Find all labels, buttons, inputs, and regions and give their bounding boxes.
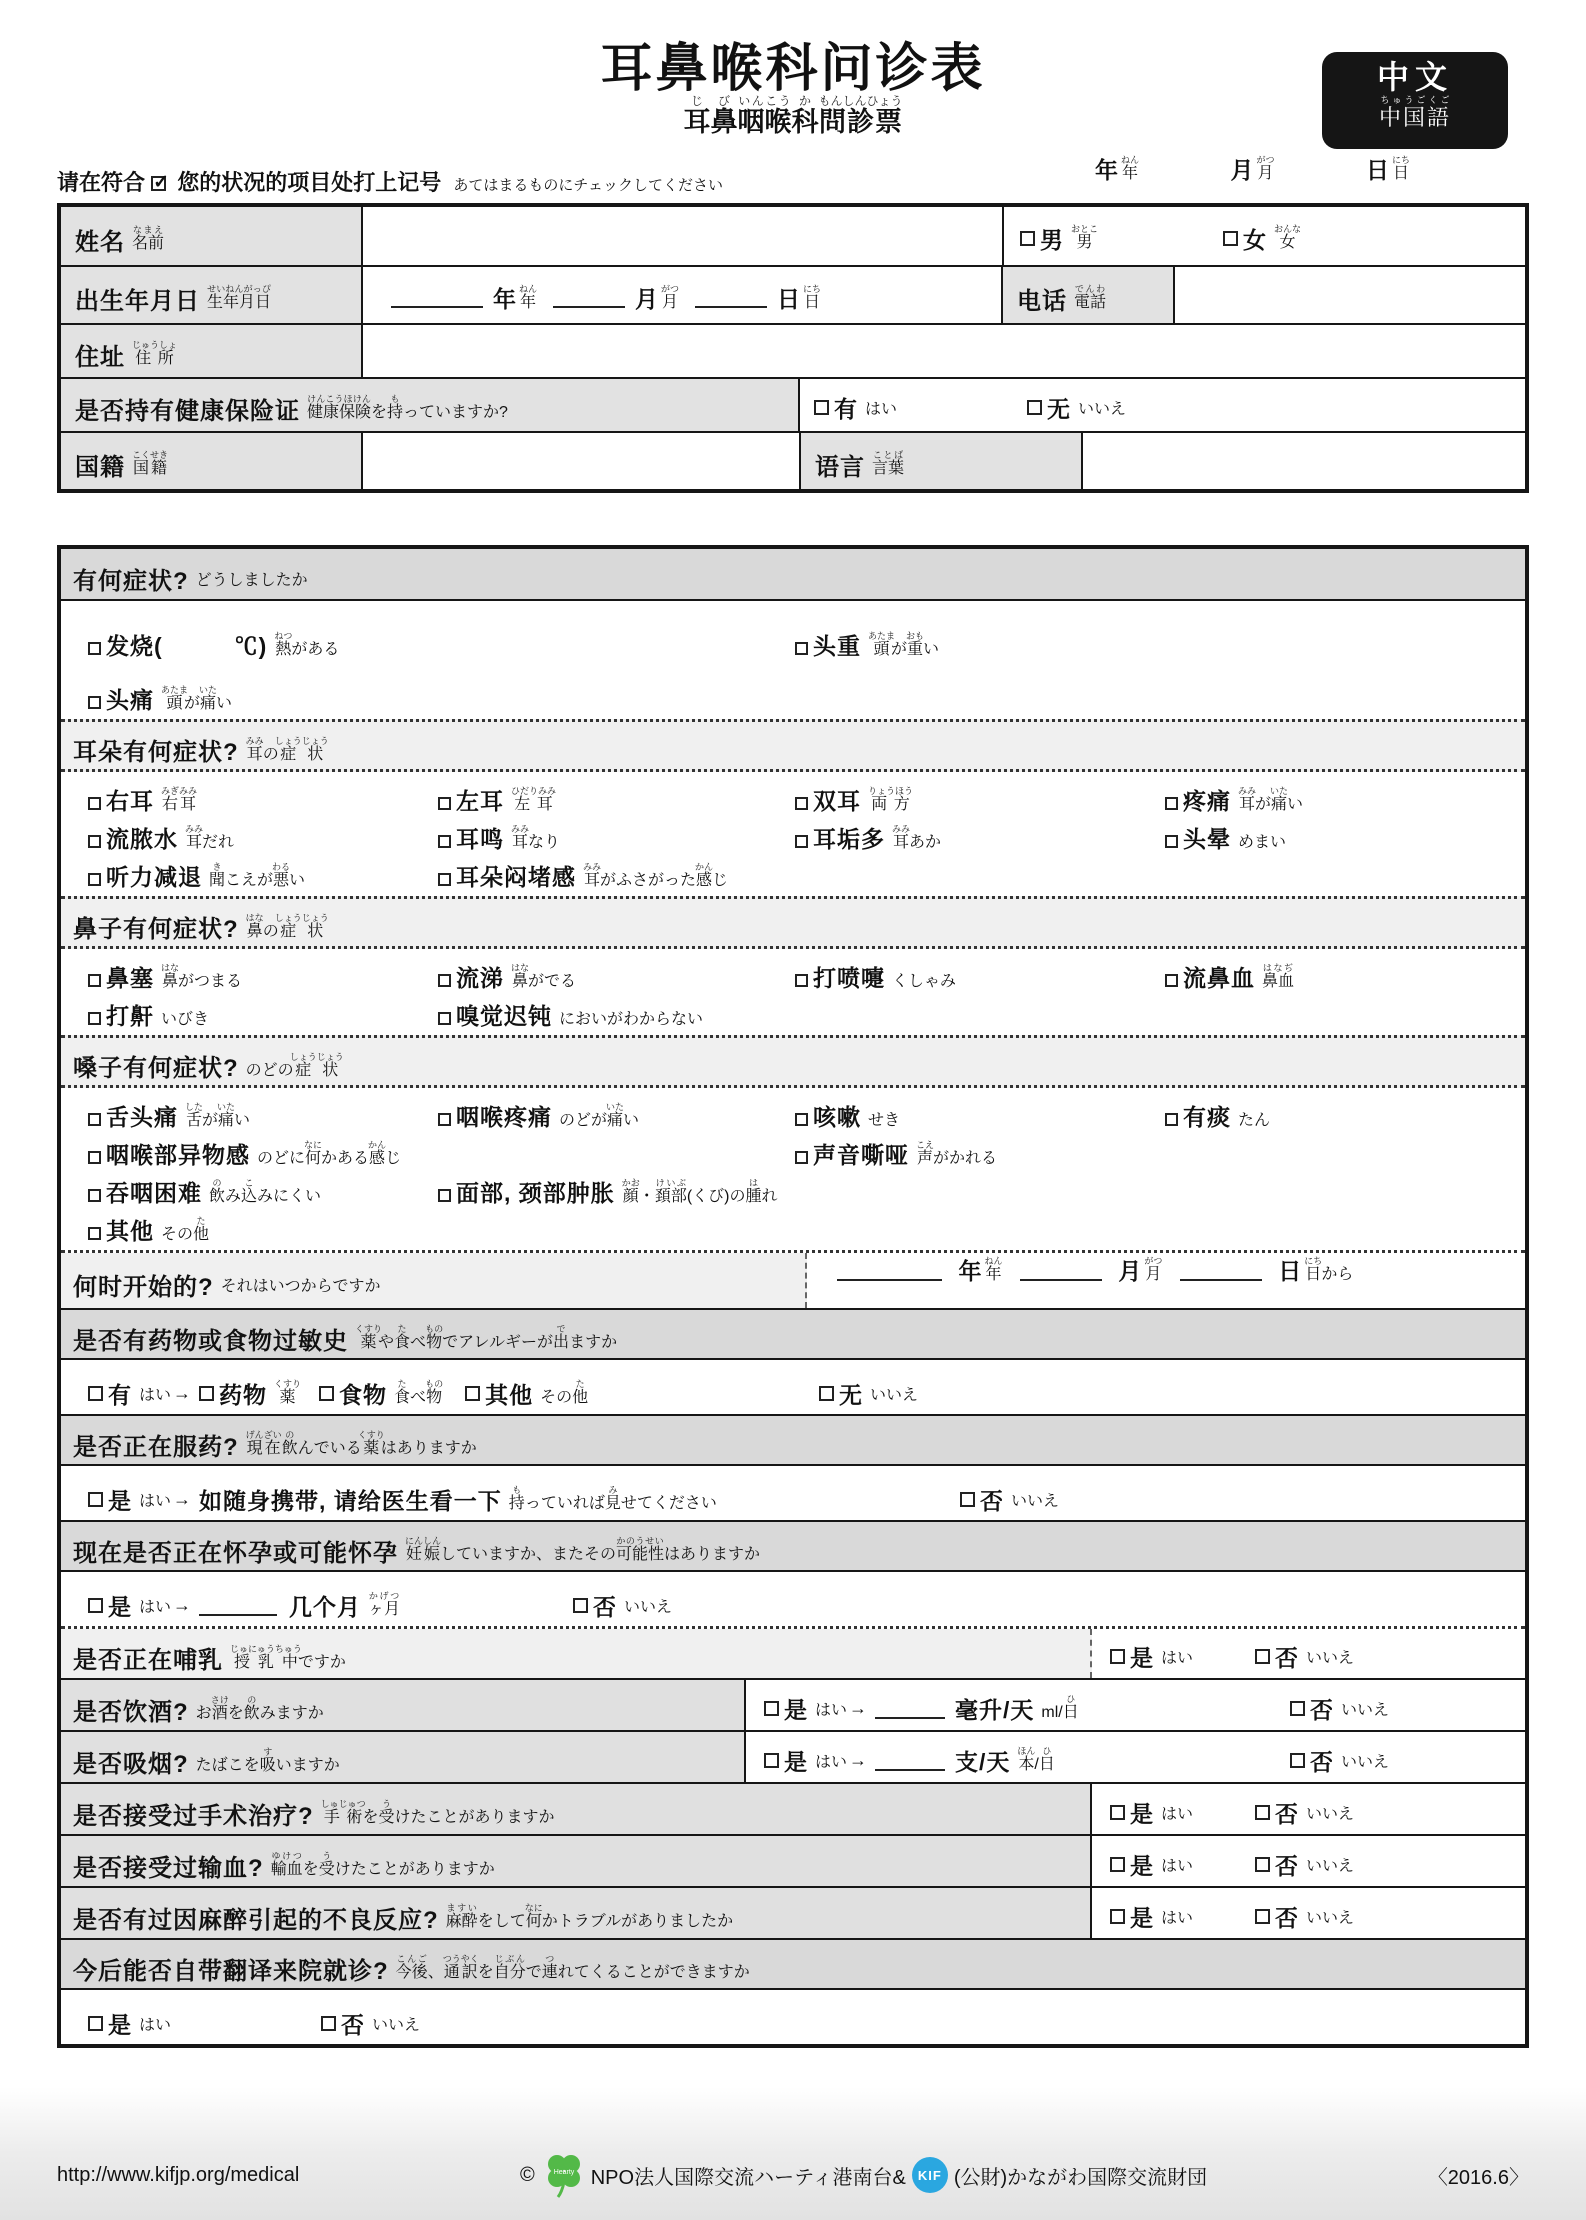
symptom-option[interactable]: 舌头痛舌したが痛いたい <box>88 1099 250 1132</box>
section-header-pregnancy: 现在是否正在怀孕或可能怀孕 妊娠にんしんしていますか、またその可能性かのうせいは… <box>61 1520 1525 1572</box>
anesthesia-no-checkbox[interactable] <box>1255 1909 1270 1924</box>
symptom-label-japanese: めまい <box>1238 834 1286 851</box>
breastfeeding-row: 是否正在哺乳 授乳中じゅにゅうちゅうですか 是はい 否いいえ <box>61 1626 1525 1678</box>
checkbox-row: 发烧( ℃)熱ねつがある头重頭あたまが重おもい <box>61 609 1525 663</box>
checkbox-row: 咽喉部异物感のどに何なにかある感かんじ声音嘶哑声こえがかれる <box>61 1134 1525 1172</box>
name-label: 姓名名前なまえ <box>61 207 363 265</box>
footer-credits: © Hearty NPO法人国際交流ハーティ港南台& KIF (公財)かながわ国… <box>520 2152 1207 2198</box>
surgery-answer: 是はい 否いいえ <box>1092 1784 1525 1834</box>
symptom-option[interactable]: 右耳右耳みぎみみ <box>88 783 197 816</box>
birthdate-fields: 年年ねん 月月がつ 日日にち <box>363 267 1001 323</box>
transfusion-no-option[interactable]: 否いいえ <box>1255 1848 1354 1881</box>
section-header-medication: 是否正在服药? 現在げんざい飲のんでいる薬くすりはありますか <box>61 1414 1525 1466</box>
allergy-other-option[interactable]: 其他その他た <box>465 1377 588 1410</box>
section-header-nose: 鼻子有何症状? 鼻はなの症状しょうじょう <box>61 896 1525 949</box>
breastfeeding-answer: 是はい 否いいえ <box>1092 1629 1525 1678</box>
pregnancy-no-checkbox[interactable] <box>573 1598 588 1613</box>
checkbox[interactable] <box>88 1012 101 1025</box>
language-badge: 中文 中国語ちゅうごくご <box>1322 52 1508 149</box>
onset-month-blank[interactable] <box>1020 1259 1102 1281</box>
medication-yes-checkbox[interactable] <box>88 1492 103 1507</box>
breastfeeding-yes-option[interactable]: 是はい <box>1110 1640 1193 1673</box>
symptom-option[interactable]: 流脓水耳みみだれ <box>88 821 234 854</box>
symptom-option[interactable]: 打鼾いびき <box>88 998 209 1031</box>
checkbox[interactable] <box>88 1113 101 1126</box>
language-input-area[interactable] <box>1083 433 1525 489</box>
symptom-label-japanese: 耳みみが痛いたい <box>1238 796 1303 813</box>
checkbox[interactable] <box>1165 974 1178 987</box>
symptom-label-chinese: 头重 <box>813 633 861 659</box>
checkbox[interactable] <box>88 974 101 987</box>
checkbox-row: 舌头痛舌したが痛いたい咽喉疼痛のどが痛いたい咳嗽せき有痰たん <box>61 1096 1525 1134</box>
address-row: 住址住所じゅうしょ <box>61 323 1525 377</box>
symptom-label-chinese: 咽喉部异物感 <box>106 1142 250 1168</box>
checkbox[interactable] <box>1165 797 1178 810</box>
gender-cell: 男男おとこ 女女おんな <box>1002 207 1525 265</box>
arrow-right-icon: → <box>173 1489 191 1510</box>
symptom-option[interactable]: 吞咽困难飲のみ込こみにくい <box>88 1175 321 1208</box>
checkbox[interactable] <box>438 835 451 848</box>
breastfeeding-no-option[interactable]: 否いいえ <box>1255 1640 1354 1673</box>
address-label: 住址住所じゅうしょ <box>61 325 363 377</box>
symptom-label-japanese: たん <box>1238 1112 1270 1129</box>
allergy-yes-option[interactable]: 有はい <box>88 1377 171 1410</box>
checkbox[interactable] <box>438 974 451 987</box>
birth-year-unit: 年年ねん <box>493 281 537 314</box>
symptom-label-japanese: 飲のみ込こみにくい <box>209 1188 321 1205</box>
smoking-yes-option[interactable]: 是はい <box>764 1744 847 1777</box>
nationality-label: 国籍国籍こくせき <box>61 433 363 489</box>
symptom-label-japanese: 舌したが痛いたい <box>185 1112 250 1129</box>
insurance-yes-option[interactable]: 有はい <box>814 391 897 424</box>
symptom-label-japanese: いびき <box>161 1011 209 1028</box>
checkbox[interactable] <box>438 1189 451 1202</box>
pregnancy-months-japanese: ヶ月かげつ <box>368 1591 400 1619</box>
transfusion-answer: 是はい 否いいえ <box>1092 1836 1525 1886</box>
symptom-option[interactable]: 听力减退聞きこえが悪わるい <box>88 859 305 892</box>
surgery-label: 是否接受过手术治疗? 手術しゅじゅつを受うけたことがありますか <box>61 1784 1092 1834</box>
alcohol-row: 是否饮酒? お酒さけを飲のみますか 是はい → 毫升/天 ml/日ひ 否いいえ <box>61 1678 1525 1730</box>
alcohol-yes-option[interactable]: 是はい <box>764 1692 847 1725</box>
checkbox[interactable] <box>1165 835 1178 848</box>
symptom-label-japanese: 顔かお・頚部けいぶ(くび)の腫はれ <box>622 1188 778 1205</box>
arrow-right-icon: → <box>173 1383 191 1404</box>
symptom-label-chinese: 听力减退 <box>106 864 202 890</box>
symptom-label-japanese: のどが痛いたい <box>559 1112 639 1129</box>
allergy-other-checkbox[interactable] <box>465 1386 480 1401</box>
symptom-option[interactable]: 头重頭あたまが重おもい <box>795 628 939 661</box>
checkbox[interactable] <box>1165 1113 1178 1126</box>
checkbox[interactable] <box>88 1151 101 1164</box>
checkbox-row: 听力减退聞きこえが悪わるい耳朵闷堵感耳みみがふさがった感かんじ <box>61 856 1525 894</box>
symptom-label-japanese: 耳みみなり <box>511 834 560 851</box>
symptom-label-japanese: 両方りょうほう <box>868 796 913 813</box>
checkbox[interactable] <box>795 642 808 655</box>
instruction-text-left: 请在符合 <box>57 170 145 195</box>
surgery-no-checkbox[interactable] <box>1255 1805 1270 1820</box>
checkbox[interactable] <box>438 1113 451 1126</box>
male-option[interactable]: 男男おとこ <box>1020 222 1098 255</box>
section-header-interpreter: 今后能否自带翻译来院就诊? 今後こんご、通訳つうやくを自分じぶんで連つれてくるこ… <box>61 1938 1525 1990</box>
section-header-throat: 嗓子有何症状? のどの症状しょうじょう <box>61 1035 1525 1088</box>
birthdate-row: 出生年月日生年月日せいねんがっぴ 年年ねん 月月がつ 日日にち 电话電話でんわ <box>61 265 1525 323</box>
footer-url: http://www.kifjp.org/medical <box>57 2164 299 2187</box>
symptom-label-chinese: 打喷嚏 <box>813 965 885 991</box>
onset-year-blank[interactable] <box>837 1259 942 1281</box>
symptom-option[interactable]: 疼痛耳みみが痛いたい <box>1165 783 1303 816</box>
name-row: 姓名名前なまえ 男男おとこ 女女おんな <box>61 207 1525 265</box>
onset-date-fields: 年年ねん 月月がつ 日日にちから <box>807 1253 1353 1308</box>
surgery-yes-checkbox[interactable] <box>1110 1805 1125 1820</box>
language-label: 语言言葉ことば <box>799 433 1083 489</box>
copyright-symbol: © <box>520 2164 535 2187</box>
footer-org1: NPO法人国際交流ハーティ港南台& <box>591 2161 906 2190</box>
questionnaire-page: 耳鼻喉科问诊表 耳じ鼻び咽喉いんこう科か問診票もんしんひょう 中文 中国語ちゅう… <box>0 0 1586 2220</box>
allergy-answer-row: 有はい → 药物薬くすり 食物食たべ物もの 其他その他た 无いいえ <box>61 1360 1525 1414</box>
breastfeeding-label: 是否正在哺乳 授乳中じゅにゅうちゅうですか <box>61 1629 1092 1678</box>
personal-info-table: 姓名名前なまえ 男男おとこ 女女おんな 出生年月日生年月日せいねんがっぴ 年年ね… <box>57 203 1529 493</box>
symptom-label-japanese: 右耳みぎみみ <box>161 796 197 813</box>
allergy-no-option[interactable]: 无いいえ <box>819 1377 918 1410</box>
allergy-food-option[interactable]: 食物食たべ物もの <box>319 1377 443 1410</box>
symptom-option[interactable]: 发烧( ℃)熱ねつがある <box>88 628 339 661</box>
pregnancy-answer-row: 是はい → 几个月 ヶ月かげつ 否いいえ <box>61 1572 1525 1626</box>
symptom-label-chinese: 咽喉疼痛 <box>456 1104 552 1130</box>
checkbox-row: 打鼾いびき嗅觉迟钝においがわからない <box>61 995 1525 1033</box>
smoking-unit-chinese: 支/天 <box>955 1744 1010 1777</box>
symptom-label-japanese: 熱ねつがある <box>274 641 339 658</box>
interpreter-no-checkbox[interactable] <box>321 2016 336 2031</box>
interpreter-no-option[interactable]: 否いいえ <box>321 2007 420 2040</box>
insurance-row: 是否持有健康保险证健康保険けんこうほけんを持もっていますか? 有はい 无いいえ <box>61 377 1525 431</box>
section-header-symptoms: 有何症状? どうしましたか <box>61 549 1525 601</box>
checkbox-row: 吞咽困难飲のみ込こみにくい面部, 颈部肿胀顔かお・頚部けいぶ(くび)の腫はれ <box>61 1172 1525 1210</box>
male-checkbox[interactable] <box>1020 231 1035 246</box>
anesthesia-yes-checkbox[interactable] <box>1110 1909 1125 1924</box>
visit-date-fields: 年年ねん 月月がつ 日日にち <box>1095 152 1535 185</box>
checkbox[interactable] <box>88 642 101 655</box>
symptom-option[interactable]: 咳嗽せき <box>795 1099 900 1132</box>
onset-label: 何时开始的? それはいつからですか <box>61 1253 807 1308</box>
nationality-row: 国籍国籍こくせき 语言言葉ことば <box>61 431 1525 489</box>
symptom-label-chinese: 咳嗽 <box>813 1104 861 1130</box>
birth-month-blank[interactable] <box>553 286 625 308</box>
symptom-option[interactable]: 有痰たん <box>1165 1099 1270 1132</box>
smoking-no-checkbox[interactable] <box>1290 1753 1305 1768</box>
symptom-label-chinese: 发烧( ℃) <box>106 633 267 659</box>
insurance-label: 是否持有健康保险证健康保険けんこうほけんを持もっていますか? <box>61 379 800 431</box>
symptom-option[interactable]: 左耳左耳ひだりみみ <box>438 783 556 816</box>
medication-note-chinese: 如随身携带, 请给医生看一下 <box>199 1483 502 1516</box>
checked-checkbox-icon: ✓ <box>151 176 166 191</box>
anesthesia-label: 是否有过因麻醉引起的不良反应? 麻酔ますいをして何なにかトラブルがありましたか <box>61 1888 1092 1938</box>
smoking-row: 是否吸烟? たばこを吸すいますか 是はい → 支/天 本ほん/日ひ 否いいえ <box>61 1730 1525 1782</box>
checkbox[interactable] <box>795 1113 808 1126</box>
instruction-text-japanese: あてはまるものにチェックしてください <box>453 177 723 194</box>
footer-version: 〈2016.6〉 <box>1428 2161 1529 2190</box>
page-footer: http://www.kifjp.org/medical © Hearty NP… <box>0 2152 1586 2198</box>
language-badge-chinese: 中文 <box>1322 60 1508 95</box>
alcohol-unit-japanese: ml/日ひ <box>1041 1694 1078 1722</box>
symptom-label-japanese: その他た <box>161 1226 209 1243</box>
symptom-label-japanese: 鼻はながつまる <box>161 973 242 990</box>
onset-day-unit: 日日にちから <box>1278 1266 1353 1283</box>
transfusion-label: 是否接受过输血? 輸血ゆけつを受うけたことがありますか <box>61 1836 1092 1886</box>
section-header-allergy: 是否有药物或食物过敏史 薬くすりや食たべ物ものでアレルギーが出でますか <box>61 1308 1525 1360</box>
kif-logo-icon: KIF <box>912 2157 948 2193</box>
symptom-option[interactable]: 咽喉疼痛のどが痛いたい <box>438 1099 639 1132</box>
pregnancy-yes-checkbox[interactable] <box>88 1598 103 1613</box>
transfusion-no-checkbox[interactable] <box>1255 1857 1270 1872</box>
checkbox-row: 头痛頭あたまが痛いたい <box>61 663 1525 717</box>
medication-yes-option[interactable]: 是はい <box>88 1483 171 1516</box>
symptom-label-chinese: 舌头痛 <box>106 1104 178 1130</box>
symptom-option[interactable]: 双耳両方りょうほう <box>795 783 913 816</box>
alcohol-label: 是否饮酒? お酒さけを飲のみますか <box>61 1680 746 1730</box>
transfusion-yes-checkbox[interactable] <box>1110 1857 1125 1872</box>
symptom-label-japanese: 左耳ひだりみみ <box>511 796 556 813</box>
symptom-option[interactable]: 面部, 颈部肿胀顔かお・頚部けいぶ(くび)の腫はれ <box>438 1175 778 1208</box>
symptom-option[interactable]: 耳朵闷堵感耳みみがふさがった感かんじ <box>438 859 728 892</box>
allergy-drug-option[interactable]: 药物薬くすり <box>199 1377 301 1410</box>
symptom-label-japanese: 鼻血はなぢ <box>1262 973 1294 990</box>
symptom-label-chinese: 流鼻血 <box>1183 965 1255 991</box>
checkbox-row: 鼻塞鼻はながつまる流涕鼻はながでる打喷嚏くしゃみ流鼻血鼻血はなぢ <box>61 957 1525 995</box>
checkbox[interactable] <box>88 1189 101 1202</box>
symptom-label-japanese: のどに何なにかある感かんじ <box>257 1150 401 1167</box>
symptom-option[interactable]: 流鼻血鼻血はなぢ <box>1165 960 1294 993</box>
smoking-yes-checkbox[interactable] <box>764 1753 779 1768</box>
date-day-unit[interactable]: 日日にち <box>1366 165 1410 182</box>
symptom-label-japanese: 声こえがかれる <box>916 1150 997 1167</box>
allergy-yes-checkbox[interactable] <box>88 1386 103 1401</box>
symptom-label-japanese: 耳みみあか <box>892 834 941 851</box>
female-checkbox[interactable] <box>1223 231 1238 246</box>
interpreter-answer-row: 是はい 否いいえ <box>61 1990 1525 2044</box>
symptom-option[interactable]: 耳垢多耳みみあか <box>795 821 941 854</box>
symptom-option[interactable]: 其他その他た <box>88 1213 209 1246</box>
arrow-right-icon: → <box>173 1595 191 1616</box>
birth-month-unit: 月月がつ <box>635 281 679 314</box>
checkbox-row: 右耳右耳みぎみみ左耳左耳ひだりみみ双耳両方りょうほう疼痛耳みみが痛いたい <box>61 780 1525 818</box>
symptom-label-chinese: 头痛 <box>106 687 154 713</box>
alcohol-unit-chinese: 毫升/天 <box>955 1692 1034 1725</box>
smoking-answer: 是はい → 支/天 本ほん/日ひ 否いいえ <box>746 1732 1525 1782</box>
transfusion-yes-option[interactable]: 是はい <box>1110 1848 1193 1881</box>
symptom-label-chinese: 面部, 颈部肿胀 <box>456 1180 615 1206</box>
symptom-label-chinese: 耳朵闷堵感 <box>456 864 576 890</box>
anesthesia-yes-option[interactable]: 是はい <box>1110 1900 1193 1933</box>
date-year-unit[interactable]: 年年ねん <box>1095 165 1138 182</box>
anesthesia-row: 是否有过因麻醉引起的不良反应? 麻酔ますいをして何なにかトラブルがありましたか … <box>61 1886 1525 1938</box>
medication-note-japanese: 持もっていれば見みせてください <box>509 1485 717 1513</box>
symptom-label-chinese: 流涕 <box>456 965 504 991</box>
symptom-label-chinese: 耳垢多 <box>813 826 885 852</box>
checkbox[interactable] <box>88 797 101 810</box>
symptom-label-japanese: 鼻はながでる <box>511 973 576 990</box>
date-month-unit[interactable]: 月月がつ <box>1230 165 1273 182</box>
interpreter-yes-checkbox[interactable] <box>88 2016 103 2031</box>
surgery-no-option[interactable]: 否いいえ <box>1255 1796 1354 1829</box>
onset-month-unit: 月月がつ <box>1118 1266 1161 1283</box>
onset-row: 何时开始的? それはいつからですか 年年ねん 月月がつ 日日にちから <box>61 1250 1525 1308</box>
smoking-unit-japanese: 本ほん/日ひ <box>1017 1746 1054 1774</box>
medication-no-checkbox[interactable] <box>960 1492 975 1507</box>
language-badge-japanese: 中国語ちゅうごくご <box>1322 95 1508 132</box>
address-input-area[interactable] <box>363 325 1525 377</box>
checkbox[interactable] <box>795 797 808 810</box>
symptom-option[interactable]: 声音嘶哑声こえがかれる <box>795 1137 997 1170</box>
instruction-line: 请在符合 ✓ 您的状况的项目处打上记号 あてはまるものにチェックしてください <box>57 166 723 197</box>
checkbox-row: 流脓水耳みみだれ耳鸣耳みみなり耳垢多耳みみあか头晕めまい <box>61 818 1525 856</box>
symptom-label-chinese: 疼痛 <box>1183 788 1231 814</box>
phone-input-area[interactable] <box>1175 267 1525 323</box>
pregnancy-no-option[interactable]: 否いいえ <box>573 1589 672 1622</box>
allergy-no-checkbox[interactable] <box>819 1386 834 1401</box>
symptom-option[interactable]: 打喷嚏くしゃみ <box>795 960 956 993</box>
symptom-label-chinese: 声音嘶哑 <box>813 1142 909 1168</box>
symptom-option[interactable]: 咽喉部异物感のどに何なにかある感かんじ <box>88 1137 401 1170</box>
insurance-no-option[interactable]: 无いいえ <box>1027 391 1126 424</box>
medication-answer-row: 是はい → 如随身携带, 请给医生看一下 持もっていれば見みせてください 否いい… <box>61 1466 1525 1520</box>
insurance-yes-checkbox[interactable] <box>814 400 829 415</box>
insurance-answer-cell: 有はい 无いいえ <box>800 379 1525 431</box>
allergy-food-checkbox[interactable] <box>319 1386 334 1401</box>
symptoms-table: 有何症状? どうしましたか 发烧( ℃)熱ねつがある头重頭あたまが重おもい头痛頭… <box>57 545 1529 2048</box>
symptom-label-chinese: 耳鸣 <box>456 826 504 852</box>
onset-day-blank[interactable] <box>1180 1259 1262 1281</box>
checkbox[interactable] <box>88 1227 101 1240</box>
checkbox[interactable] <box>88 835 101 848</box>
interpreter-yes-option[interactable]: 是はい <box>88 2007 171 2040</box>
instruction-text-right: 您的状况的项目处打上记号 <box>177 170 441 195</box>
symptom-label-japanese: においがわからない <box>559 1011 703 1028</box>
checkbox[interactable] <box>795 974 808 987</box>
arrow-right-icon: → <box>849 1750 867 1771</box>
footer-org2: (公財)かながわ国際交流財団 <box>954 2161 1207 2190</box>
medication-no-option[interactable]: 否いいえ <box>960 1483 1059 1516</box>
birth-day-unit: 日日にち <box>777 281 821 314</box>
alcohol-answer: 是はい → 毫升/天 ml/日ひ 否いいえ <box>746 1680 1525 1730</box>
checkbox[interactable] <box>438 797 451 810</box>
symptom-option[interactable]: 流涕鼻はながでる <box>438 960 576 993</box>
symptom-label-chinese: 有痰 <box>1183 1104 1231 1130</box>
checkbox[interactable] <box>795 835 808 848</box>
breastfeeding-no-checkbox[interactable] <box>1255 1649 1270 1664</box>
symptom-label-chinese: 左耳 <box>456 788 504 814</box>
section-header-ear: 耳朵有何症状? 耳みみの症状しょうじょう <box>61 719 1525 772</box>
symptom-option[interactable]: 头晕めまい <box>1165 821 1286 854</box>
symptom-option[interactable]: 头痛頭あたまが痛いたい <box>88 682 232 715</box>
checkbox[interactable] <box>438 873 451 886</box>
symptom-option[interactable]: 耳鸣耳みみなり <box>438 821 560 854</box>
anesthesia-no-option[interactable]: 否いいえ <box>1255 1900 1354 1933</box>
symptom-label-chinese: 鼻塞 <box>106 965 154 991</box>
nose-symptoms-grid: 鼻塞鼻はながつまる流涕鼻はながでる打喷嚏くしゃみ流鼻血鼻血はなぢ打鼾いびき嗅觉迟… <box>61 949 1525 1035</box>
onset-year-unit: 年年ねん <box>958 1266 1001 1283</box>
breastfeeding-yes-checkbox[interactable] <box>1110 1649 1125 1664</box>
surgery-row: 是否接受过手术治疗? 手術しゅじゅつを受うけたことがありますか 是はい 否いいえ <box>61 1782 1525 1834</box>
symptom-label-chinese: 打鼾 <box>106 1003 154 1029</box>
symptom-label-japanese: 耳みみがふさがった感かんじ <box>583 872 728 889</box>
female-option[interactable]: 女女おんな <box>1223 222 1301 255</box>
allergy-drug-checkbox[interactable] <box>199 1386 214 1401</box>
birth-day-blank[interactable] <box>695 286 767 308</box>
symptom-label-japanese: せき <box>868 1112 900 1129</box>
symptom-label-chinese: 头晕 <box>1183 826 1231 852</box>
symptom-label-chinese: 双耳 <box>813 788 861 814</box>
pregnancy-months-chinese: 几个月 <box>289 1589 361 1622</box>
checkbox[interactable] <box>795 1151 808 1164</box>
throat-symptoms-grid: 舌头痛舌したが痛いたい咽喉疼痛のどが痛いたい咳嗽せき有痰たん咽喉部异物感のどに何… <box>61 1088 1525 1250</box>
symptom-label-japanese: 耳みみだれ <box>185 834 234 851</box>
symptom-option[interactable]: 鼻塞鼻はながつまる <box>88 960 242 993</box>
alcohol-yes-checkbox[interactable] <box>764 1701 779 1716</box>
svg-text:Hearty: Hearty <box>553 2169 574 2176</box>
symptom-label-chinese: 嗅觉迟钝 <box>456 1003 552 1029</box>
symptom-label-japanese: くしゃみ <box>892 973 956 990</box>
smoking-label: 是否吸烟? たばこを吸すいますか <box>61 1732 746 1782</box>
nationality-input-area[interactable] <box>363 433 799 489</box>
ear-symptoms-grid: 右耳右耳みぎみみ左耳左耳ひだりみみ双耳両方りょうほう疼痛耳みみが痛いたい流脓水耳… <box>61 772 1525 896</box>
checkbox[interactable] <box>438 1012 451 1025</box>
alcohol-amount-blank[interactable] <box>875 1697 945 1719</box>
checkbox-row: 其他その他た <box>61 1210 1525 1248</box>
birthdate-label: 出生年月日生年月日せいねんがっぴ <box>61 267 363 323</box>
smoking-amount-blank[interactable] <box>875 1749 945 1771</box>
checkbox[interactable] <box>88 873 101 886</box>
name-input-area[interactable] <box>363 207 1002 265</box>
birth-year-blank[interactable] <box>391 286 483 308</box>
transfusion-row: 是否接受过输血? 輸血ゆけつを受うけたことがありますか 是はい 否いいえ <box>61 1834 1525 1886</box>
symptom-label-chinese: 吞咽困难 <box>106 1180 202 1206</box>
hearty-clover-icon: Hearty <box>543 2152 585 2198</box>
smoking-no-option[interactable]: 否いいえ <box>1290 1744 1389 1777</box>
anesthesia-answer: 是はい 否いいえ <box>1092 1888 1525 1938</box>
insurance-no-checkbox[interactable] <box>1027 400 1042 415</box>
phone-label: 电话電話でんわ <box>1001 267 1175 323</box>
alcohol-no-checkbox[interactable] <box>1290 1701 1305 1716</box>
symptom-label-japanese: 聞きこえが悪わるい <box>209 872 305 889</box>
symptom-label-japanese: 頭あたまが痛いたい <box>161 695 232 712</box>
checkbox[interactable] <box>88 696 101 709</box>
symptom-label-chinese: 右耳 <box>106 788 154 814</box>
symptom-label-chinese: 其他 <box>106 1218 154 1244</box>
general-symptoms-grid: 发烧( ℃)熱ねつがある头重頭あたまが重おもい头痛頭あたまが痛いたい <box>61 601 1525 719</box>
pregnancy-months-blank[interactable] <box>199 1594 277 1616</box>
symptom-option[interactable]: 嗅觉迟钝においがわからない <box>438 998 703 1031</box>
symptom-label-japanese: 頭あたまが重おもい <box>868 641 939 658</box>
alcohol-no-option[interactable]: 否いいえ <box>1290 1692 1389 1725</box>
surgery-yes-option[interactable]: 是はい <box>1110 1796 1193 1829</box>
symptom-label-chinese: 流脓水 <box>106 826 178 852</box>
arrow-right-icon: → <box>849 1698 867 1719</box>
pregnancy-yes-option[interactable]: 是はい <box>88 1589 171 1622</box>
